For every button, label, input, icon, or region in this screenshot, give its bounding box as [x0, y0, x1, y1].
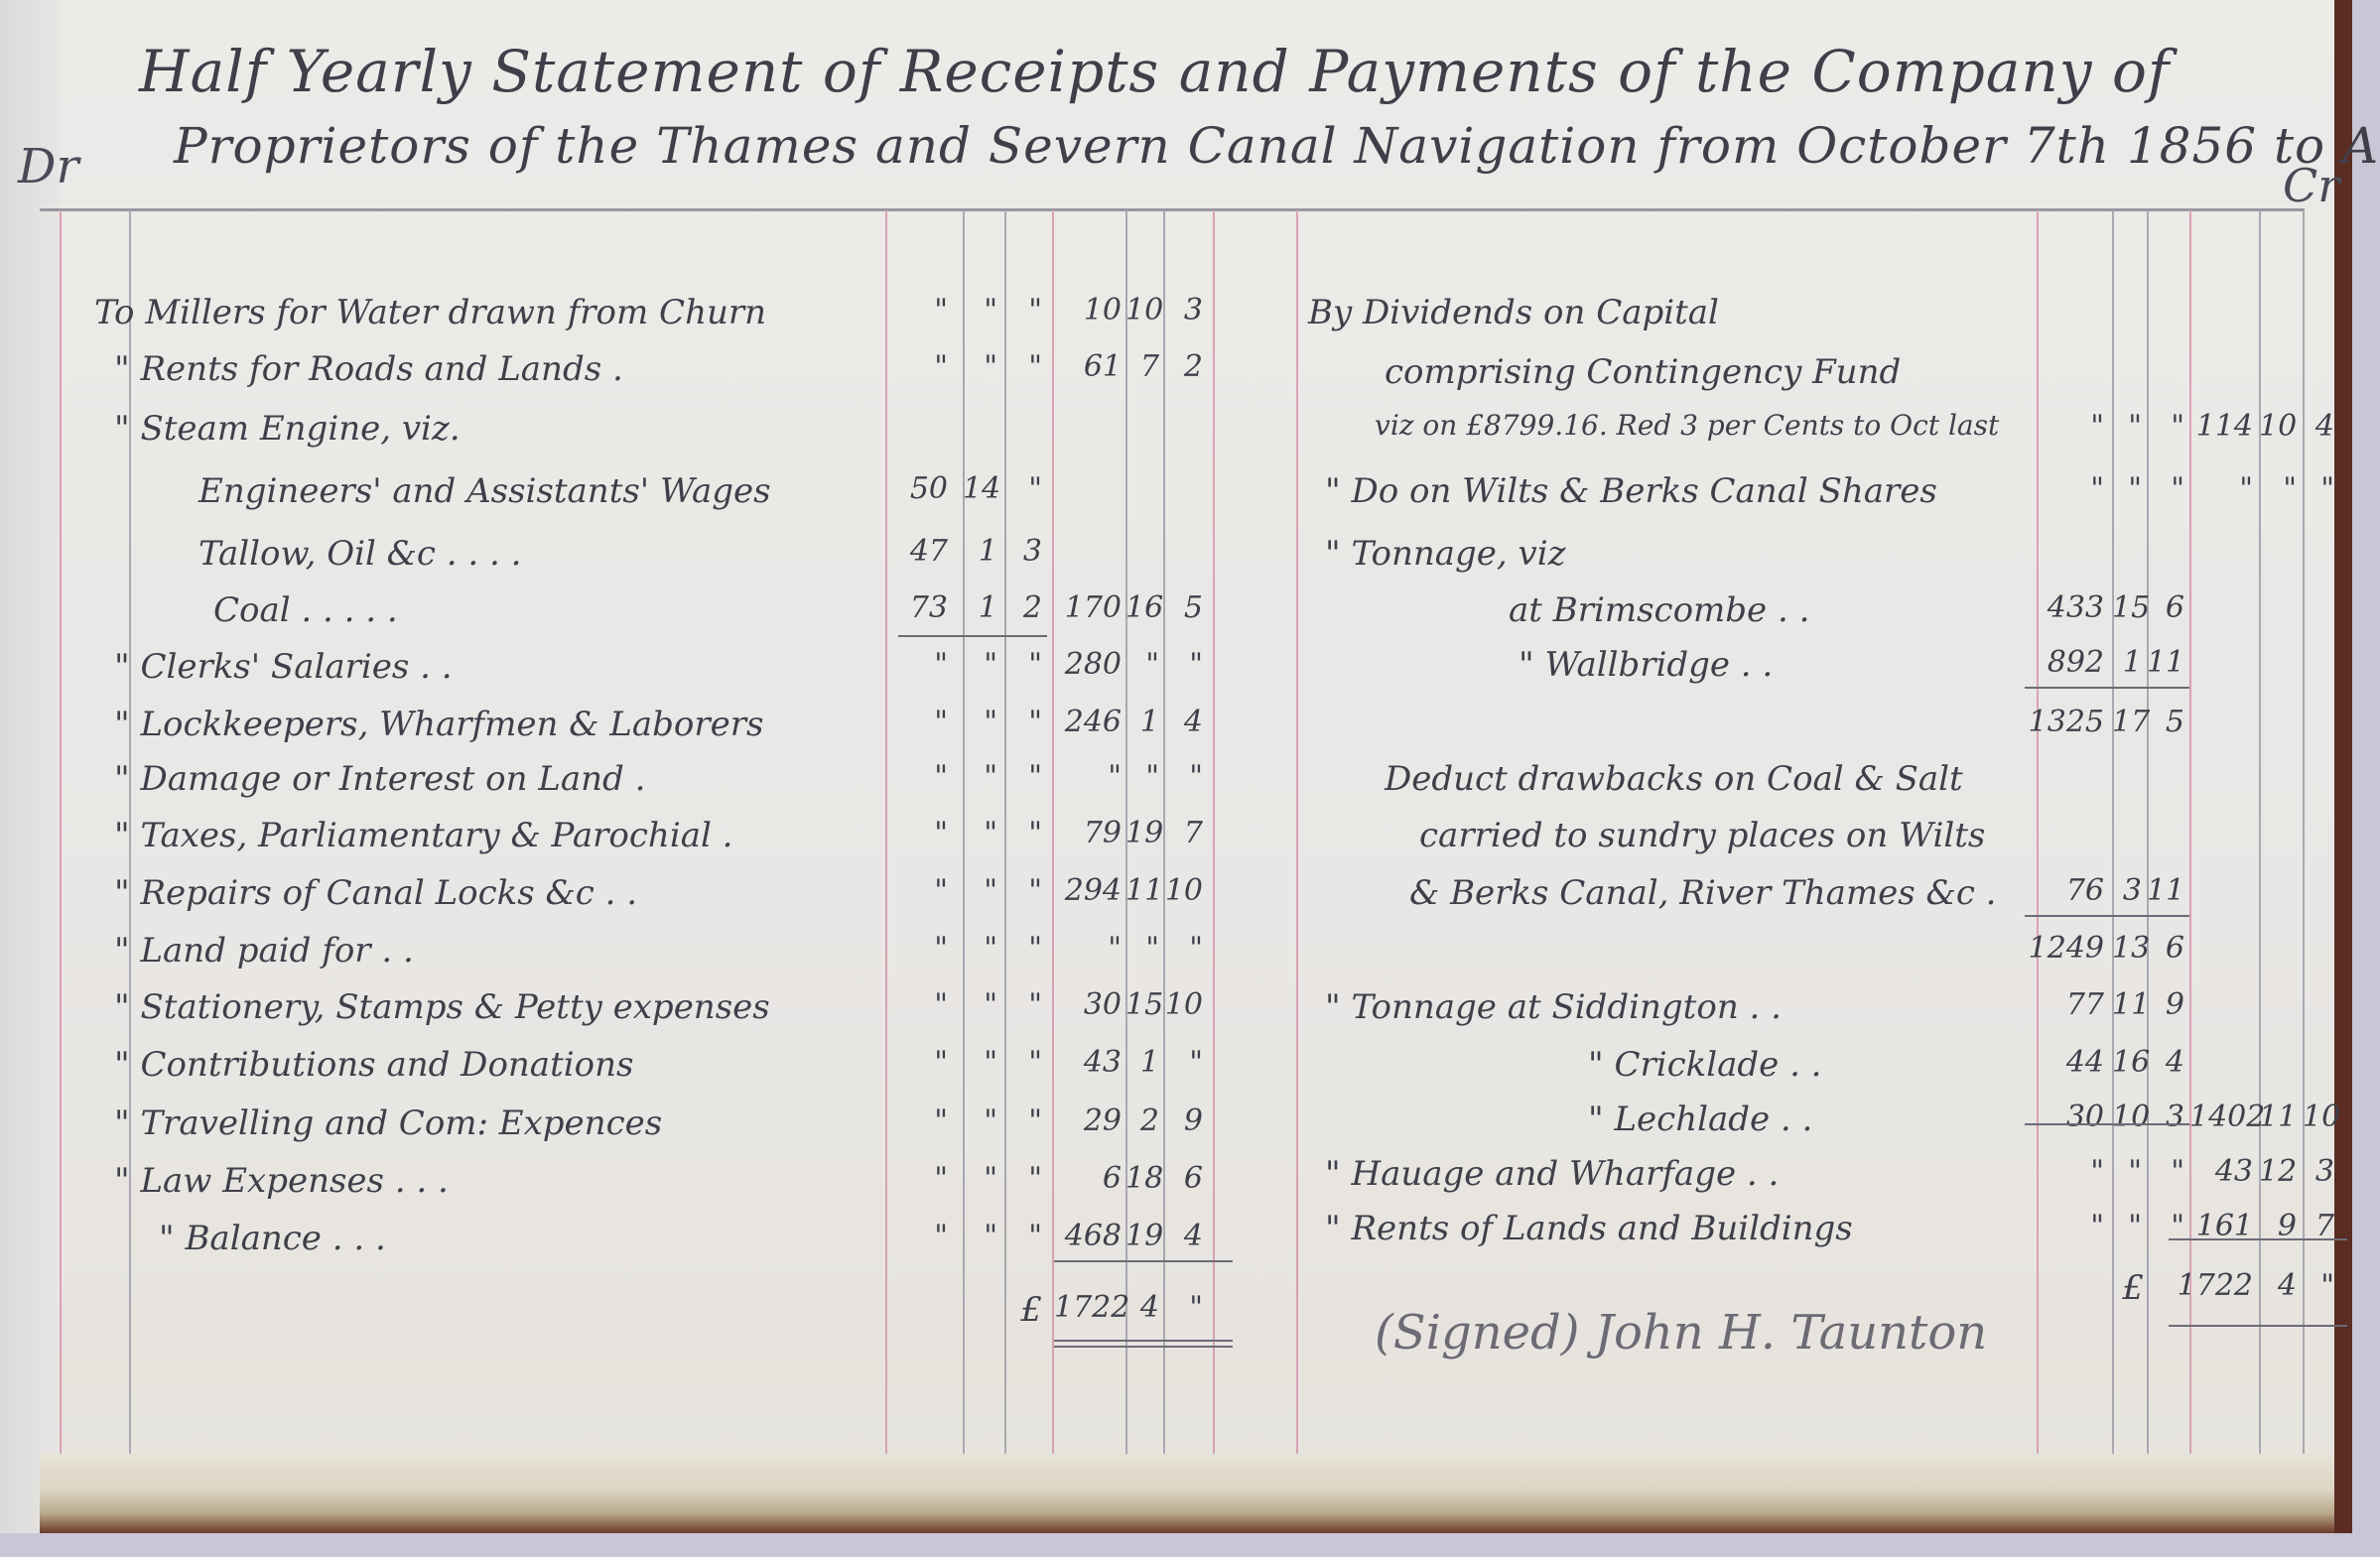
row-description: " Clerks' Salaries . . — [114, 647, 453, 687]
total-pence: 4 — [1163, 1219, 1203, 1253]
sub-pounds: " — [898, 293, 948, 327]
row-description: " Steam Engine, viz. — [114, 409, 461, 449]
sub-shillings: 14 — [963, 471, 997, 506]
ledger-page: Half Yearly Statement of Receipts and Pa… — [0, 0, 2352, 1533]
subtotal-rule — [898, 635, 1047, 637]
row-description: " Tonnage at Siddington . . — [1325, 987, 1782, 1027]
total-shillings: 4 — [1125, 1290, 1159, 1325]
sub-pounds: 892 — [2043, 645, 2104, 680]
sub-shillings: 11 — [2112, 987, 2142, 1022]
row-description: at Brimscombe . . — [1509, 590, 1809, 630]
total-pence: 10 — [2303, 1100, 2334, 1134]
row-description: carried to sundry places on Wilts — [1419, 816, 1985, 855]
sub-pence: " — [2147, 409, 2184, 444]
sub-pence: " — [1004, 705, 1042, 739]
total-pence: 3 — [2303, 1154, 2334, 1189]
sub-pence: 9 — [2147, 987, 2184, 1022]
total-pence: " — [1163, 1290, 1203, 1325]
sub-shillings: " — [963, 1219, 997, 1253]
sub-pounds: " — [898, 1219, 948, 1253]
double-rule — [2169, 1325, 2347, 1327]
signature: (Signed) John H. Taunton — [1375, 1305, 1987, 1361]
total-pounds: 43 — [2189, 1154, 2253, 1189]
total-shillings: 1 — [1125, 1045, 1159, 1080]
sub-pence: 11 — [2147, 873, 2184, 908]
total-pounds: 30 — [1054, 987, 1122, 1022]
sub-pounds: " — [898, 705, 948, 739]
sub-pence: " — [1004, 931, 1042, 966]
sub-pence: 3 — [2147, 1100, 2184, 1134]
total-pence: 7 — [1163, 816, 1203, 850]
total-shillings: 2 — [1125, 1103, 1159, 1138]
row-description: " Rents of Lands and Buildings — [1325, 1209, 1853, 1248]
row-description: " Damage or Interest on Land . — [114, 759, 645, 799]
sub-shillings: 16 — [2112, 1045, 2142, 1080]
sub-pence: " — [1004, 349, 1042, 384]
sub-shillings: " — [963, 931, 997, 966]
sub-pence: " — [2147, 471, 2184, 506]
sub-pence: " — [1004, 873, 1042, 908]
sub-shillings: " — [963, 987, 997, 1022]
sub-pounds: " — [898, 647, 948, 682]
total-pence: 2 — [1163, 349, 1203, 384]
row-description: " Taxes, Parliamentary & Parochial . — [114, 816, 732, 855]
total-pounds: " — [1054, 931, 1122, 966]
sub-shillings: 13 — [2112, 931, 2142, 966]
column-rule — [60, 210, 62, 1491]
subtotal-rule — [2025, 687, 2189, 689]
sub-pounds: 73 — [898, 590, 948, 625]
total-pence: 4 — [1163, 705, 1203, 739]
subtotal-rule — [2025, 1123, 2189, 1125]
total-pounds: 10 — [1054, 293, 1122, 327]
sub-shillings: 15 — [2112, 590, 2142, 625]
credit-marker: Cr — [2283, 159, 2339, 212]
sub-pence: 11 — [2147, 645, 2184, 680]
sub-pence: 4 — [2147, 1045, 2184, 1080]
column-rule — [2037, 210, 2039, 1491]
header-rule — [40, 208, 2305, 211]
sub-pounds: " — [2043, 1154, 2104, 1189]
sub-shillings: 1 — [963, 534, 997, 569]
total-pounds: 79 — [1054, 816, 1122, 850]
sub-pence: " — [1004, 1103, 1042, 1138]
sub-shillings: " — [2112, 1209, 2142, 1243]
sub-pence: 2 — [1004, 590, 1042, 625]
sub-pence: " — [1004, 1161, 1042, 1196]
total-pounds: 170 — [1054, 590, 1122, 625]
row-description: " Law Expenses . . . — [114, 1161, 449, 1201]
row-description: Tallow, Oil &c . . . . — [198, 534, 521, 574]
total-pounds: 61 — [1054, 349, 1122, 384]
total-shillings: " — [1125, 931, 1159, 966]
row-description: Coal . . . . . — [213, 590, 398, 630]
total-pence: 10 — [1163, 873, 1203, 908]
column-rule — [1296, 210, 1298, 1491]
sub-pence: " — [1004, 471, 1042, 506]
sub-pounds: 77 — [2043, 987, 2104, 1022]
row-description: " Wallbridge . . — [1519, 645, 1773, 685]
sub-pence: " — [1004, 816, 1042, 850]
total-pence: 6 — [1163, 1161, 1203, 1196]
row-description: " Do on Wilts & Berks Canal Shares — [1325, 471, 1937, 511]
debit-marker: Dr — [18, 139, 78, 195]
total-pence: " — [1163, 931, 1203, 966]
row-description: " Repairs of Canal Locks &c . . — [114, 873, 637, 913]
sub-pence: 6 — [2147, 931, 2184, 966]
total-pounds: 43 — [1054, 1045, 1122, 1080]
pound-sign: £ — [1002, 1290, 1042, 1330]
sub-pence: 6 — [2147, 590, 2184, 625]
total-shillings: 7 — [1125, 349, 1159, 384]
row-description: " Contributions and Donations — [114, 1045, 633, 1085]
total-pence: 9 — [1163, 1103, 1203, 1138]
row-description: By Dividends on Capital — [1308, 293, 1719, 332]
total-pounds: 1402 — [2189, 1100, 2253, 1134]
row-description: & Berks Canal, River Thames &c . — [1409, 873, 1996, 913]
total-pence: 10 — [1163, 987, 1203, 1022]
total-pounds: 468 — [1054, 1219, 1122, 1253]
sub-shillings: " — [963, 1161, 997, 1196]
sub-shillings: " — [963, 759, 997, 794]
sub-pounds: " — [898, 816, 948, 850]
pound-sign: £ — [2094, 1268, 2144, 1308]
row-description: viz on £8799.16. Red 3 per Cents to Oct … — [1375, 409, 1999, 442]
sub-shillings: " — [963, 705, 997, 739]
total-pounds: 246 — [1054, 705, 1122, 739]
total-pounds: 294 — [1054, 873, 1122, 908]
sub-pounds: " — [898, 1045, 948, 1080]
row-description: " Land paid for . . — [114, 931, 414, 971]
sub-shillings: 17 — [2112, 705, 2142, 739]
sub-shillings: " — [2112, 471, 2142, 506]
total-rule — [2169, 1238, 2347, 1240]
row-description: " Travelling and Com: Expences — [114, 1103, 662, 1143]
sub-pounds: " — [2043, 471, 2104, 506]
total-pence: 4 — [2303, 409, 2334, 444]
sub-pence: " — [2147, 1154, 2184, 1189]
page-gutter — [0, 0, 60, 1533]
total-shillings: 10 — [1125, 293, 1159, 327]
sub-shillings: " — [963, 873, 997, 908]
column-rule — [885, 210, 887, 1491]
sub-shillings: " — [963, 1045, 997, 1080]
sub-pounds: " — [2043, 409, 2104, 444]
page-title-line-2: Proprietors of the Thames and Severn Can… — [174, 117, 2380, 175]
sub-shillings: " — [2112, 1154, 2142, 1189]
sub-pounds: 47 — [898, 534, 948, 569]
total-shillings: " — [1125, 759, 1159, 794]
total-shillings: 11 — [1125, 873, 1159, 908]
total-shillings: " — [2259, 471, 2297, 506]
sub-pounds: 433 — [2043, 590, 2104, 625]
column-rule — [2147, 210, 2149, 1491]
sub-pence: " — [1004, 1045, 1042, 1080]
row-description: " Lockkeepers, Wharfmen & Laborers — [114, 705, 763, 744]
sub-pence: " — [1004, 647, 1042, 682]
total-pence: 3 — [1163, 293, 1203, 327]
total-pence: 5 — [1163, 590, 1203, 625]
sub-pounds: " — [898, 873, 948, 908]
sub-pounds: " — [898, 987, 948, 1022]
total-shillings: 4 — [2259, 1268, 2297, 1303]
total-shillings: 10 — [2259, 409, 2297, 444]
total-pounds: 6 — [1054, 1161, 1122, 1196]
row-description: Deduct drawbacks on Coal & Salt — [1385, 759, 1963, 799]
row-description: To Millers for Water drawn from Churn — [94, 293, 766, 332]
total-shillings: 19 — [1125, 1219, 1159, 1253]
row-description: " Hauage and Wharfage . . — [1325, 1154, 1779, 1194]
row-description: Engineers' and Assistants' Wages — [198, 471, 771, 511]
total-pence: " — [2303, 471, 2334, 506]
total-pence: " — [1163, 1045, 1203, 1080]
total-shillings: 18 — [1125, 1161, 1159, 1196]
double-rule — [1054, 1340, 1233, 1342]
total-pounds: 29 — [1054, 1103, 1122, 1138]
total-shillings: 16 — [1125, 590, 1159, 625]
sub-pounds: " — [2043, 1209, 2104, 1243]
total-pounds: 1722 — [1054, 1290, 1122, 1325]
sub-pence: " — [1004, 293, 1042, 327]
total-shillings: 1 — [1125, 705, 1159, 739]
sub-pounds: " — [898, 1161, 948, 1196]
sub-pounds: " — [898, 349, 948, 384]
sub-pounds: " — [898, 759, 948, 794]
total-shillings: 15 — [1125, 987, 1159, 1022]
row-description: comprising Contingency Fund — [1385, 352, 1901, 392]
sub-pounds: 76 — [2043, 873, 2104, 908]
total-shillings: 11 — [2259, 1100, 2297, 1134]
sub-pounds: 1249 — [2025, 931, 2104, 966]
sub-shillings: 1 — [963, 590, 997, 625]
total-pence: " — [1163, 759, 1203, 794]
sub-pounds: 44 — [2043, 1045, 2104, 1080]
sub-pence: 3 — [1004, 534, 1042, 569]
sub-shillings: " — [963, 349, 997, 384]
sub-shillings: 10 — [2112, 1100, 2142, 1134]
total-pounds: 1722 — [2169, 1268, 2253, 1303]
total-pounds: 280 — [1054, 647, 1122, 682]
row-description: " Stationery, Stamps & Petty expenses — [114, 987, 770, 1027]
book-bottom-edge — [40, 1454, 2334, 1533]
sub-pounds: 1325 — [2025, 705, 2104, 739]
total-pence: " — [2303, 1268, 2334, 1303]
sub-shillings: " — [963, 293, 997, 327]
sub-pounds: 50 — [898, 471, 948, 506]
column-rule — [963, 210, 965, 1491]
sub-pence: " — [1004, 1219, 1042, 1253]
total-shillings: 12 — [2259, 1154, 2297, 1189]
sub-shillings: " — [963, 1103, 997, 1138]
sub-pounds: " — [898, 931, 948, 966]
sub-pence: " — [1004, 759, 1042, 794]
total-pounds: " — [2189, 471, 2253, 506]
total-rule — [1054, 1260, 1233, 1262]
column-rule — [1213, 210, 1215, 1491]
sub-pence: " — [1004, 987, 1042, 1022]
sub-pounds: " — [898, 1103, 948, 1138]
total-pounds: 114 — [2189, 409, 2253, 444]
sub-shillings: " — [2112, 409, 2142, 444]
total-pounds: " — [1054, 759, 1122, 794]
sub-shillings: " — [963, 816, 997, 850]
total-shillings: 19 — [1125, 816, 1159, 850]
sub-shillings: " — [963, 647, 997, 682]
subtotal-rule — [2025, 915, 2189, 917]
total-shillings: " — [1125, 647, 1159, 682]
total-pence: " — [1163, 647, 1203, 682]
double-rule — [1054, 1346, 1233, 1348]
sub-shillings: 1 — [2112, 645, 2142, 680]
sub-pence: 5 — [2147, 705, 2184, 739]
row-description: " Tonnage, viz — [1325, 534, 1566, 574]
row-description: " Cricklade . . — [1588, 1045, 1822, 1085]
row-description: " Lechlade . . — [1588, 1100, 1812, 1139]
sub-pounds: 30 — [2043, 1100, 2104, 1134]
row-description: " Balance . . . — [159, 1219, 386, 1258]
sub-shillings: 3 — [2112, 873, 2142, 908]
row-description: " Rents for Roads and Lands . — [114, 349, 623, 389]
page-title-line-1: Half Yearly Statement of Receipts and Pa… — [139, 38, 2170, 105]
